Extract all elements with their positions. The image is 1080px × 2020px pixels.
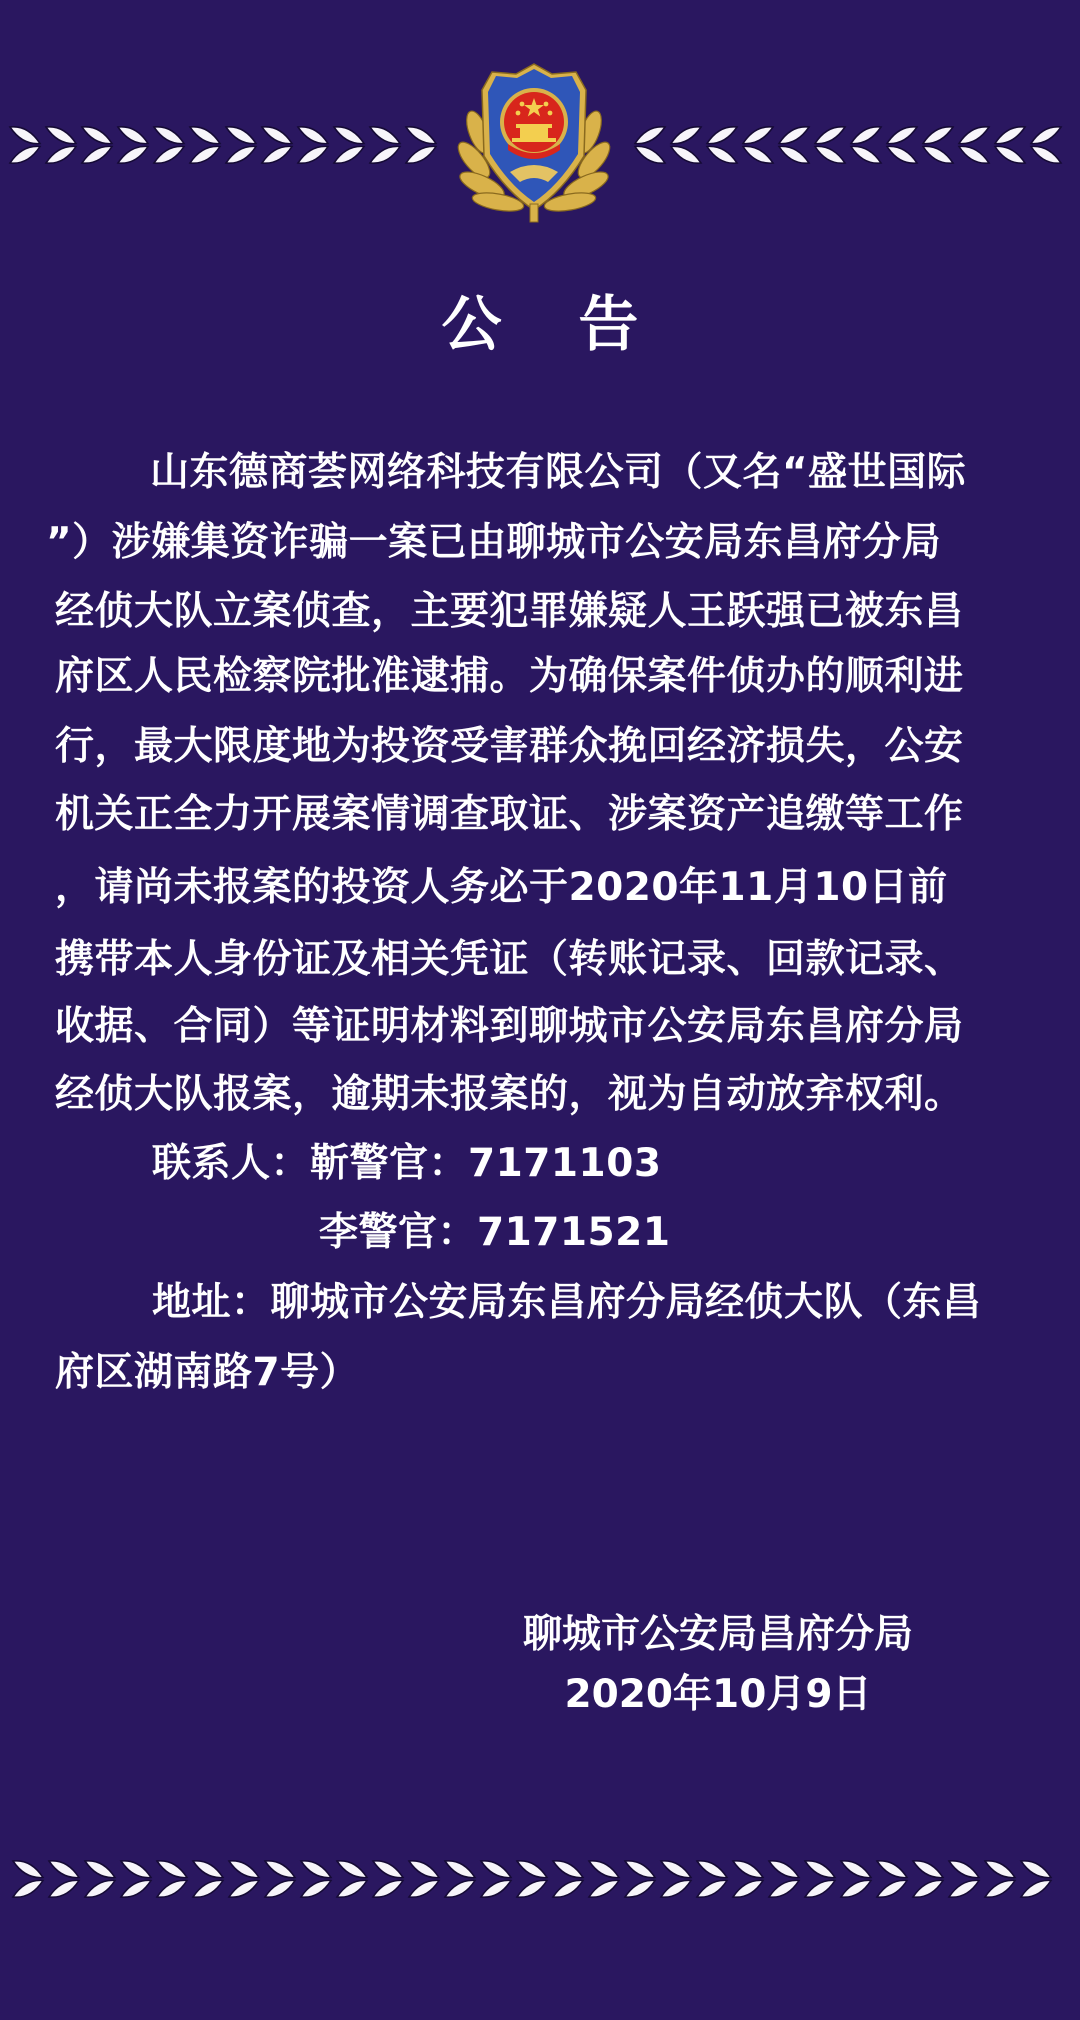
chevron-icon — [79, 124, 115, 166]
chevron-icon — [910, 1858, 946, 1900]
chevron-icon — [7, 124, 43, 166]
chevron-icon — [730, 1858, 766, 1900]
contact-row-1: 联系人：靳警官：7171103 — [152, 1141, 661, 1187]
chevron-band-top-right — [627, 124, 1064, 166]
chevron-icon — [367, 124, 403, 166]
chevron-icon — [43, 124, 79, 166]
page-title: 公 告 — [0, 290, 1080, 360]
chevron-icon — [956, 124, 992, 166]
chevron-icon — [151, 124, 187, 166]
chevron-icon — [766, 1858, 802, 1900]
chevron-icon — [704, 124, 740, 166]
chevron-icon — [740, 124, 776, 166]
chevron-icon — [478, 1858, 514, 1900]
chevron-icon — [694, 1858, 730, 1900]
chevron-icon — [920, 124, 956, 166]
chevron-icon — [442, 1858, 478, 1900]
chevron-icon — [1018, 1858, 1054, 1900]
chevron-icon — [812, 124, 848, 166]
chevron-icon — [226, 1858, 262, 1900]
body-line: 收据、合同）等证明材料到聊城市公安局东昌府分局 — [55, 1004, 964, 1050]
contact-row-2: 李警官：7171521 — [319, 1210, 670, 1256]
chevron-icon — [622, 1858, 658, 1900]
signature-date: 2020年10月9日 — [0, 1672, 1080, 1718]
chevron-icon — [298, 1858, 334, 1900]
body-line: 携带本人身份证及相关凭证（转账记录、回款记录、 — [55, 937, 964, 983]
chevron-icon — [334, 1858, 370, 1900]
chevron-icon — [154, 1858, 190, 1900]
chevron-icon — [776, 124, 812, 166]
chevron-icon — [190, 1858, 226, 1900]
chevron-icon — [992, 124, 1028, 166]
chevron-icon — [802, 1858, 838, 1900]
chevron-icon — [118, 1858, 154, 1900]
chevron-icon — [406, 1858, 442, 1900]
contact-label: 联系人： — [152, 1141, 310, 1186]
chevron-icon — [331, 124, 367, 166]
address-line-1: 地址：聊城市公安局东昌府分局经侦大队（东昌 — [152, 1280, 982, 1326]
chevron-icon — [223, 124, 259, 166]
chevron-icon — [46, 1858, 82, 1900]
body-line: ”）涉嫌集资诈骗一案已由聊城市公安局东昌府分局 — [46, 520, 941, 566]
chevron-icon — [632, 124, 668, 166]
chevron-icon — [82, 1858, 118, 1900]
body-line: ，请尚未报案的投资人务必于2020年11月10日前 — [55, 865, 948, 911]
chevron-icon — [1028, 124, 1064, 166]
body-line: 经侦大队报案，逾期未报案的，视为自动放弃权利。 — [55, 1072, 964, 1118]
chevron-icon — [658, 1858, 694, 1900]
chevron-icon — [10, 1858, 46, 1900]
chevron-icon — [262, 1858, 298, 1900]
chevron-icon — [668, 124, 704, 166]
contact-officer-li: 李警官：7171521 — [319, 1210, 670, 1255]
police-emblem-icon — [452, 60, 616, 226]
chevron-icon — [874, 1858, 910, 1900]
body-line: 山东德商荟网络科技有限公司（又名“盛世国际 — [150, 450, 966, 496]
chevron-icon — [586, 1858, 622, 1900]
chevron-icon — [115, 124, 151, 166]
chevron-icon — [550, 1858, 586, 1900]
contact-officer-jin: 靳警官：7171103 — [310, 1141, 661, 1186]
chevron-icon — [403, 124, 439, 166]
chevron-icon — [982, 1858, 1018, 1900]
chevron-icon — [884, 124, 920, 166]
signature-organization: 聊城市公安局昌府分局 — [0, 1612, 1080, 1658]
chevron-icon — [514, 1858, 550, 1900]
chevron-icon — [295, 124, 331, 166]
chevron-icon — [370, 1858, 406, 1900]
address-line-2: 府区湖南路7号） — [55, 1350, 359, 1396]
chevron-band-bottom — [10, 1858, 1056, 1900]
chevron-icon — [946, 1858, 982, 1900]
chevron-icon — [848, 124, 884, 166]
chevron-icon — [187, 124, 223, 166]
body-line: 行，最大限度地为投资受害群众挽回经济损失，公安 — [55, 724, 964, 770]
chevron-band-top-left — [7, 124, 441, 166]
chevron-icon — [259, 124, 295, 166]
chevron-icon — [838, 1858, 874, 1900]
body-line: 府区人民检察院批准逮捕。为确保案件侦办的顺利进 — [55, 654, 964, 700]
body-line: 机关正全力开展案情调查取证、涉案资产追缴等工作 — [55, 792, 964, 838]
body-line: 经侦大队立案侦查，主要犯罪嫌疑人王跃强已被东昌 — [55, 589, 964, 635]
